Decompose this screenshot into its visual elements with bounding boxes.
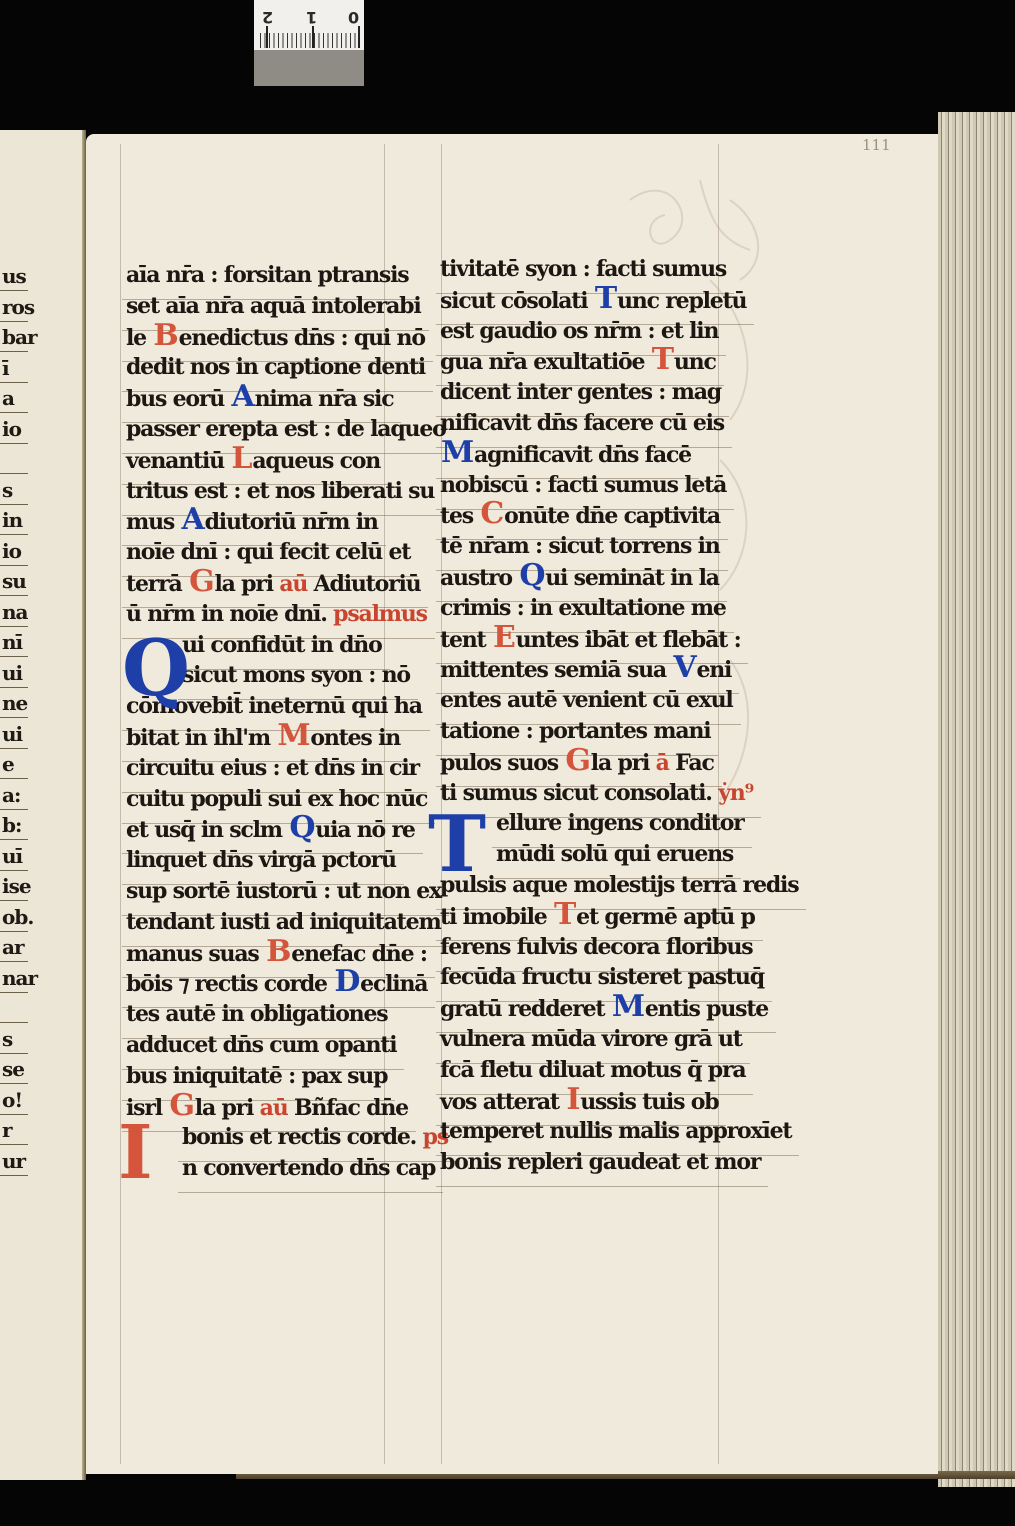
ruling-line bbox=[0, 931, 28, 932]
decorated-initial: L bbox=[231, 447, 251, 471]
ruling-line bbox=[0, 656, 28, 657]
text-line: bitat in ihl'm Montes in bbox=[126, 724, 400, 758]
text-line: entes autē venient cū exul bbox=[440, 687, 733, 721]
line-text: sicut mons syon : nō bbox=[182, 662, 410, 688]
text-line: sicut cōsolati Tunc repletū bbox=[440, 287, 746, 321]
left-page-line-fragment: io bbox=[2, 539, 21, 563]
text-line: ellure ingens conditor bbox=[496, 810, 744, 844]
ruling-line bbox=[0, 992, 28, 993]
line-text: mūdi solū qui eruens bbox=[496, 841, 733, 867]
text-line: pulos suos Gla pri ā Fac bbox=[440, 749, 714, 783]
text-line: fecūda fructu sisteret pastuq̄ bbox=[440, 964, 764, 998]
left-page-line-fragment: o! bbox=[2, 1088, 22, 1112]
line-text: bus eorū bbox=[126, 386, 231, 412]
decorated-initial: G bbox=[169, 1094, 193, 1118]
decorated-initial: E bbox=[493, 626, 515, 650]
line-text: set aīa nr̄a aquā intolerabi bbox=[126, 293, 421, 319]
line-text: tē nr̄am : sicut torrens in bbox=[440, 533, 720, 559]
left-page-line-fragment: ur bbox=[2, 1149, 25, 1173]
left-page-line-fragment: bar bbox=[2, 325, 36, 349]
text-line: le Benedictus dn̄s : qui nō bbox=[126, 324, 425, 358]
ruling-line bbox=[0, 382, 28, 383]
line-text: gratū redderet bbox=[440, 996, 611, 1022]
left-page-line-fragment: ar bbox=[2, 935, 24, 959]
line-text: pulsis aque molestijs terrā redis bbox=[440, 872, 798, 898]
line-text: dedit nos in captione denti bbox=[126, 354, 425, 380]
ruling-line bbox=[0, 748, 28, 749]
text-line: bus iniquitatē : pax sup bbox=[126, 1063, 387, 1097]
line-text: sup sortē iustorū : ut non ex bbox=[126, 878, 441, 904]
line-text: ussis tuis ob bbox=[580, 1089, 718, 1115]
line-text: cuitu populi sui ex hoc nūc bbox=[126, 786, 427, 812]
text-line: tent Euntes ibāt et flebāt : bbox=[440, 626, 740, 660]
text-line: passer erepta est : de laqueo bbox=[126, 416, 446, 450]
left-page-line-fragment: a bbox=[2, 386, 14, 410]
line-text: mus bbox=[126, 509, 181, 535]
text-line: mus Adiutoriū nr̄m in bbox=[126, 508, 378, 542]
line-text: ellure ingens conditor bbox=[496, 810, 744, 836]
text-line: tes Conūte dn̄e captivita bbox=[440, 502, 720, 536]
scale-tick-1 bbox=[312, 26, 314, 48]
line-text: nificavit dn̄s facere cū eis bbox=[440, 410, 724, 436]
line-text: enefac dn̄e : bbox=[291, 941, 427, 967]
line-text: gua nr̄a exultatiōe bbox=[440, 349, 651, 375]
line-text: ferens fulvis decora floribus bbox=[440, 934, 752, 960]
large-initial-T: T bbox=[428, 810, 486, 880]
left-page-line-fragment: r bbox=[2, 1118, 12, 1142]
ruling-line bbox=[0, 351, 28, 352]
line-text: venantiū bbox=[126, 448, 230, 474]
line-text: et germē aptū p bbox=[576, 904, 755, 930]
text-line: sup sortē iustorū : ut non ex bbox=[126, 878, 441, 912]
line-text: et usq̄ in sclm bbox=[126, 817, 288, 843]
large-initial-I: I bbox=[118, 1118, 153, 1188]
ruling-line bbox=[0, 809, 28, 810]
ruling-line bbox=[0, 839, 28, 840]
line-text: nobiscū : facti sumus letā bbox=[440, 472, 726, 498]
line-text: entes autē venient cū exul bbox=[440, 687, 733, 713]
text-line: vulnera mūda virore grā ut bbox=[440, 1026, 742, 1060]
text-line: isrl Gla pri aū Bñfac dn̄e bbox=[126, 1094, 408, 1128]
line-text: entis puste bbox=[645, 996, 768, 1022]
rubric-text: psalmus bbox=[333, 601, 427, 627]
line-text: adducet dn̄s cum opanti bbox=[126, 1032, 396, 1058]
line-text: Bñfac dn̄e bbox=[288, 1095, 408, 1121]
left-page-line-fragment: io bbox=[2, 417, 21, 441]
line-text: tritus est : et nos liberati su bbox=[126, 478, 434, 504]
left-page-line-fragment: na bbox=[2, 600, 28, 624]
scale-tick-0 bbox=[358, 26, 360, 48]
ruling-line bbox=[0, 961, 28, 962]
line-text: pulos suos bbox=[440, 750, 564, 776]
ruling-line bbox=[0, 504, 28, 505]
line-text: tendant iusti ad iniquitatem bbox=[126, 909, 441, 935]
text-line: n convertendo dn̄s cap bbox=[182, 1155, 435, 1189]
decorated-initial: C bbox=[480, 502, 503, 526]
left-page-line-fragment: ise bbox=[2, 874, 31, 898]
line-text: uia nō re bbox=[315, 817, 414, 843]
decorated-initial: Q bbox=[289, 816, 314, 840]
ruling-line bbox=[0, 870, 28, 871]
text-line: ti sumus sicut consolati. ẏn⁹ bbox=[440, 780, 753, 814]
text-line: noīe dnī : qui fecit celū et bbox=[126, 539, 410, 573]
ruling-line bbox=[0, 534, 28, 535]
text-line: bōis ⁊ rectis corde Declinā bbox=[126, 970, 427, 1004]
ruling-line bbox=[0, 321, 28, 322]
decorated-initial: A bbox=[182, 508, 204, 532]
left-page-line-fragment: in bbox=[2, 508, 22, 532]
line-text: tivitatē syon : facti sumus bbox=[440, 256, 726, 282]
left-page-line-fragment: ne bbox=[2, 691, 27, 715]
text-line: tritus est : et nos liberati su bbox=[126, 478, 434, 512]
line-text: vulnera mūda virore grā ut bbox=[440, 1026, 742, 1052]
line-text: unc repletū bbox=[617, 288, 746, 314]
line-text: tent bbox=[440, 627, 492, 653]
text-line: tē nr̄am : sicut torrens in bbox=[440, 533, 720, 567]
decorated-initial: A bbox=[232, 385, 254, 409]
decorated-initial: T bbox=[554, 903, 575, 927]
rubric-text: aū bbox=[260, 1095, 288, 1121]
line-text: passer erepta est : de laqueo bbox=[126, 416, 446, 442]
left-page-line-fragment: ui bbox=[2, 722, 22, 746]
text-line: gua nr̄a exultatiōe Tunc bbox=[440, 348, 716, 382]
text-line: sicut mons syon : nō bbox=[182, 662, 410, 696]
left-page-line-fragment: nar bbox=[2, 966, 37, 990]
left-page-line-fragment: b: bbox=[2, 813, 21, 837]
line-text: untes ibāt et flebāt : bbox=[516, 627, 741, 653]
line-text: sicut cōsolati bbox=[440, 288, 594, 314]
line-text: enedictus dn̄s : qui nō bbox=[179, 325, 425, 351]
decorated-initial: B bbox=[266, 940, 290, 964]
ruling-line bbox=[0, 1144, 28, 1145]
text-line: aīa nr̄a : forsitan ptransis bbox=[126, 262, 408, 296]
text-line: bonis repleri gaudeat et mor bbox=[440, 1149, 760, 1183]
line-text: vos atterat bbox=[440, 1089, 565, 1115]
ruling-line bbox=[0, 626, 28, 627]
ruling-line bbox=[0, 290, 28, 291]
ruling-line bbox=[0, 900, 28, 901]
text-line: ti imobile Tet germē aptū p bbox=[440, 903, 755, 937]
ruling-line bbox=[0, 687, 28, 688]
line-text: linquet dn̄s virgā pctorū bbox=[126, 847, 396, 873]
left-page-fragment: usrosbarīaiosiniosunanīuineuiea:b:uīiseo… bbox=[0, 130, 86, 1480]
line-text: tes autē in obligationes bbox=[126, 1001, 387, 1027]
line-text: eni bbox=[696, 657, 731, 683]
text-line: tes autē in obligationes bbox=[126, 1001, 387, 1035]
line-text: aqueus con bbox=[252, 448, 380, 474]
text-line: est gaudio os nr̄m : et lin bbox=[440, 318, 718, 352]
line-text: unc bbox=[674, 349, 716, 375]
ruling-line bbox=[0, 1022, 28, 1023]
line-text: crimis : in exultatione me bbox=[440, 595, 726, 621]
scale-label-0: 0 bbox=[348, 8, 359, 27]
page-stack-edge bbox=[938, 112, 1015, 1487]
text-line: gratū redderet Mentis puste bbox=[440, 995, 768, 1029]
line-text: circuitu eius : et dn̄s in cir bbox=[126, 755, 419, 781]
line-text: la pri bbox=[591, 750, 656, 776]
ruling-line bbox=[0, 443, 28, 444]
ruling-line bbox=[0, 1083, 28, 1084]
left-page-line-fragment: ob. bbox=[2, 905, 33, 929]
line-text: n convertendo dn̄s cap bbox=[182, 1155, 435, 1181]
text-line: venantiū Laqueus con bbox=[126, 447, 380, 481]
decorated-initial: M bbox=[441, 441, 473, 465]
text-line: austro Qui semināt in la bbox=[440, 564, 719, 598]
line-text: aīa nr̄a : forsitan ptransis bbox=[126, 262, 408, 288]
line-text: agnificavit dn̄s facē bbox=[474, 442, 691, 468]
text-line: dedit nos in captione denti bbox=[126, 354, 425, 388]
scale-label-2: 2 bbox=[262, 8, 273, 27]
scale-ticks bbox=[260, 33, 360, 48]
line-text: dicent inter gentes : mag bbox=[440, 379, 721, 405]
ruling-line bbox=[0, 1114, 28, 1115]
line-text: bonis repleri gaudeat et mor bbox=[440, 1149, 760, 1175]
text-line: ui confidūt in dn̄o bbox=[182, 632, 382, 666]
text-line: linquet dn̄s virgā pctorū bbox=[126, 847, 396, 881]
text-line: temperet nullis malis approxīet bbox=[440, 1118, 791, 1152]
decorated-initial: I bbox=[566, 1088, 579, 1112]
line-text: le bbox=[126, 325, 152, 351]
decorated-initial: T bbox=[595, 287, 616, 311]
decorated-initial: M bbox=[612, 995, 644, 1019]
large-initial-Q: Q bbox=[122, 634, 190, 704]
line-text: temperet nullis malis approxīet bbox=[440, 1118, 791, 1144]
left-page-line-fragment: e bbox=[2, 752, 14, 776]
text-line: adducet dn̄s cum opanti bbox=[126, 1032, 396, 1066]
text-line: nificavit dn̄s facere cū eis bbox=[440, 410, 724, 444]
text-line: cuitu populi sui ex hoc nūc bbox=[126, 786, 427, 820]
ruling-line bbox=[0, 717, 28, 718]
rubric-text: ẏn⁹ bbox=[718, 780, 753, 806]
ruling-line bbox=[0, 595, 28, 596]
line-text: bonis et rectis corde. bbox=[182, 1124, 423, 1150]
line-text: Adiutoriū bbox=[307, 571, 420, 597]
ruling-line bbox=[0, 1175, 28, 1176]
text-line: vos atterat Iussis tuis ob bbox=[440, 1088, 718, 1122]
text-line: fcā fletu diluat motus q̄ pra bbox=[440, 1057, 745, 1091]
text-line: mittentes semiā sua Veni bbox=[440, 656, 731, 690]
left-page-line-fragment: ros bbox=[2, 295, 34, 319]
left-page-line-fragment: ui bbox=[2, 661, 22, 685]
line-text: noīe dnī : qui fecit celū et bbox=[126, 539, 410, 565]
text-line: bonis et rectis corde. ps bbox=[182, 1124, 448, 1158]
line-text: est gaudio os nr̄m : et lin bbox=[440, 318, 718, 344]
text-line: bus eorū Anima nr̄a sic bbox=[126, 385, 393, 419]
ruling-line bbox=[120, 144, 121, 1464]
text-line: Magnificavit dn̄s facē bbox=[440, 441, 691, 475]
ruling-line bbox=[0, 473, 28, 474]
text-line: et usq̄ in sclm Quia nō re bbox=[126, 816, 415, 850]
left-page-line-fragment: ī bbox=[2, 356, 9, 380]
rubric-text: ā bbox=[656, 750, 669, 776]
scale-label-1: 1 bbox=[306, 8, 317, 27]
line-text: austro bbox=[440, 565, 518, 591]
left-page-line-fragment: uī bbox=[2, 844, 22, 868]
scale-strip: 2 1 0 bbox=[254, 0, 364, 50]
line-text: tatione : portantes mani bbox=[440, 718, 710, 744]
decorated-initial: M bbox=[277, 724, 309, 748]
ruling-line bbox=[0, 1053, 28, 1054]
left-page-line-fragment: s bbox=[2, 1027, 12, 1051]
scale-tick-2 bbox=[266, 26, 268, 48]
line-text: ui semināt in la bbox=[545, 565, 719, 591]
left-page-line-fragment: nī bbox=[2, 630, 22, 654]
line-text: nima nr̄a sic bbox=[255, 386, 394, 412]
text-line: dicent inter gentes : mag bbox=[440, 379, 721, 413]
line-text: bōis ⁊ rectis corde bbox=[126, 971, 333, 997]
decorated-initial: G bbox=[565, 749, 589, 773]
decorated-initial: V bbox=[673, 656, 695, 680]
text-line: crimis : in exultatione me bbox=[440, 595, 726, 629]
line-text: la pri bbox=[214, 571, 279, 597]
decorated-initial: G bbox=[189, 570, 213, 594]
line-text: eclinā bbox=[360, 971, 427, 997]
line-text: mittentes semiā sua bbox=[440, 657, 672, 683]
left-page-line-fragment: us bbox=[2, 264, 26, 288]
line-text: tes bbox=[440, 503, 479, 529]
line-text: onūte dn̄e captivita bbox=[504, 503, 720, 529]
text-line: mūdi solū qui eruens bbox=[496, 841, 733, 875]
ruling-line bbox=[0, 565, 28, 566]
line-text: bitat in ihl'm bbox=[126, 725, 276, 751]
left-page-line-fragment: s bbox=[2, 478, 12, 502]
line-text: Fac bbox=[669, 750, 714, 776]
line-text: la pri bbox=[195, 1095, 260, 1121]
decorated-initial: T bbox=[652, 348, 673, 372]
line-text: fecūda fructu sisteret pastuq̄ bbox=[440, 964, 764, 990]
decorated-initial: Q bbox=[519, 564, 544, 588]
left-page-line-fragment: a: bbox=[2, 783, 20, 807]
text-line: tivitatē syon : facti sumus bbox=[440, 256, 726, 290]
line-text: manus suas bbox=[126, 941, 265, 967]
rubric-text: aū bbox=[279, 571, 307, 597]
text-line: terrā Gla pri aū Adiutoriū bbox=[126, 570, 420, 604]
decorated-initial: B bbox=[153, 324, 177, 348]
ruling-line bbox=[0, 778, 28, 779]
text-line: circuitu eius : et dn̄s in cir bbox=[126, 755, 419, 789]
left-page-line-fragment: se bbox=[2, 1057, 24, 1081]
decorated-initial: D bbox=[334, 970, 359, 994]
line-text: ui confidūt in dn̄o bbox=[182, 632, 382, 658]
line-text: ti imobile bbox=[440, 904, 553, 930]
ruling-line bbox=[0, 412, 28, 413]
line-text: fcā fletu diluat motus q̄ pra bbox=[440, 1057, 745, 1083]
line-text: diutoriū nr̄m in bbox=[205, 509, 378, 535]
text-line: ferens fulvis decora floribus bbox=[440, 934, 752, 968]
left-page-line-fragment: su bbox=[2, 569, 26, 593]
text-line: manus suas Benefac dn̄e : bbox=[126, 940, 427, 974]
line-text: bus iniquitatē : pax sup bbox=[126, 1063, 387, 1089]
line-text: terrā bbox=[126, 571, 188, 597]
text-line: pulsis aque molestijs terrā redis bbox=[440, 872, 798, 906]
measurement-scale-bar: 2 1 0 bbox=[254, 0, 364, 86]
line-text: ontes in bbox=[310, 725, 400, 751]
folio-number: 111 bbox=[862, 136, 891, 154]
